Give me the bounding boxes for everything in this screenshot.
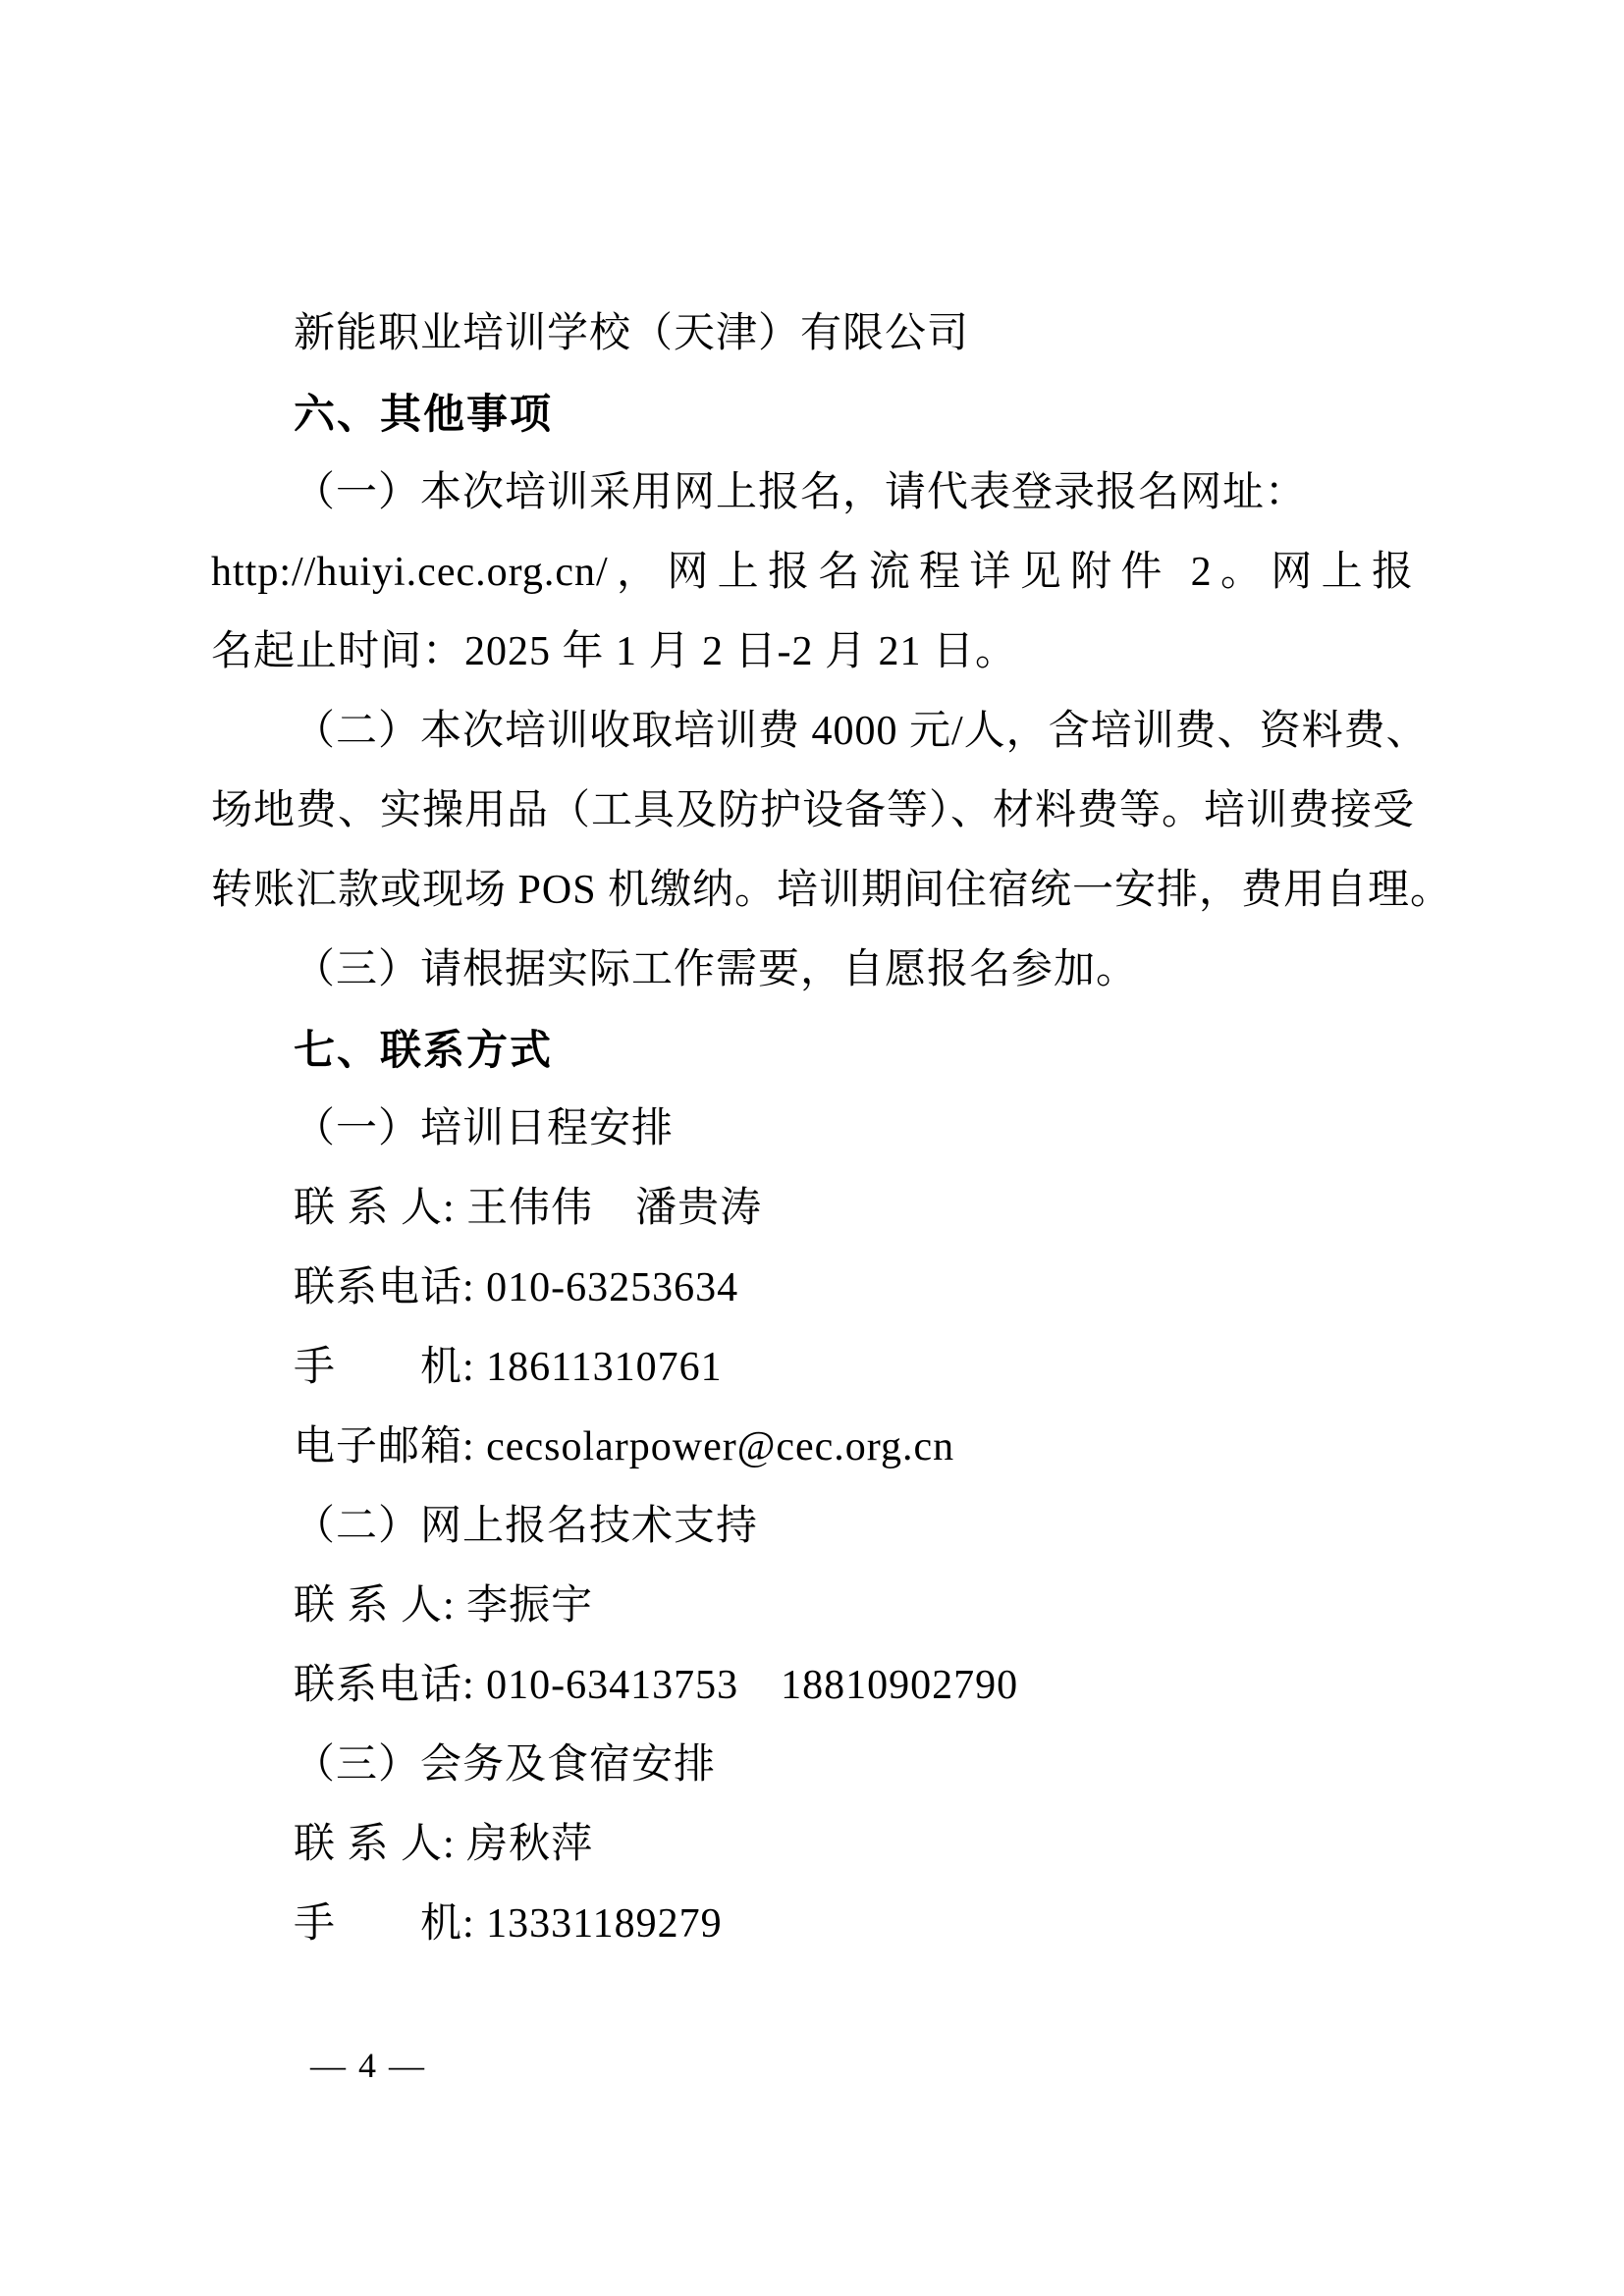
document-line: 手 机: 13331189279 [211,1885,1414,1964]
document-line: 电子邮箱: cecsolarpower@cec.org.cn [211,1408,1414,1487]
document-line: 联系电话: 010-63413753 18810902790 [211,1646,1414,1726]
document-line: 新能职业培训学校（天津）有限公司 [211,294,1414,374]
document-line: 名起止时间：2025 年 1 月 2 日-2 月 21 日。 [211,613,1414,692]
document-line: 六、其他事项 [211,374,1414,454]
document-line: （一）本次培训采用网上报名，请代表登录报名网址： [211,454,1414,533]
document-line: 联 系 人: 王伟伟 潘贵涛 [211,1169,1414,1249]
document-line: 七、联系方式 [211,1010,1414,1090]
document-line: （二）网上报名技术支持 [211,1487,1414,1567]
document-line: 转账汇款或现场 POS 机缴纳。培训期间住宿统一安排，费用自理。 [211,851,1414,931]
document-line: 场地费、实操用品（工具及防护设备等）、材料费等。培训费接受 [211,772,1414,851]
document-body: 新能职业培训学校（天津）有限公司六、其他事项（一）本次培训采用网上报名，请代表登… [211,294,1414,1964]
document-line: （一）培训日程安排 [211,1090,1414,1169]
document-line: （三）会务及食宿安排 [211,1726,1414,1805]
document-line: 联系电话: 010-63253634 [211,1249,1414,1328]
document-page: 新能职业培训学校（天津）有限公司六、其他事项（一）本次培训采用网上报名，请代表登… [0,0,1624,2296]
document-line: 联 系 人: 房秋萍 [211,1805,1414,1885]
document-line: 联 系 人: 李振宇 [211,1567,1414,1646]
document-line: （二）本次培训收取培训费 4000 元/人，含培训费、资料费、 [211,692,1414,772]
document-line: 手 机: 18611310761 [211,1328,1414,1408]
document-line: http://huiyi.cec.org.cn/，网上报名流程详见附件 2。网上… [211,533,1414,613]
page-number: — 4 — [310,2042,426,2089]
document-line: （三）请根据实际工作需要，自愿报名参加。 [211,931,1414,1010]
